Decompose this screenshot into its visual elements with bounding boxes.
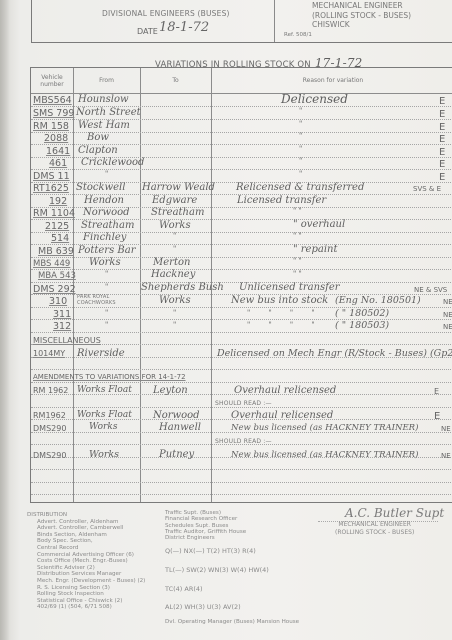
code: NE & SVS xyxy=(414,286,447,294)
to-garage: Putney xyxy=(159,449,194,460)
sender: MECHANICAL ENGINEER (ROLLING STOCK - BUS… xyxy=(312,1,411,30)
vehicle-number: 514 xyxy=(51,233,69,244)
vehicle-number: MBS 449 xyxy=(33,259,70,269)
to-garage: " xyxy=(173,232,176,240)
sender-line-3: CHISWICK xyxy=(312,20,411,30)
engine-number: ( " 180502) xyxy=(335,308,389,319)
sender-line-2: (ROLLING STOCK - BUSES) xyxy=(312,11,411,21)
section-heading-miscellaneous: MISCELLANEOUS xyxy=(33,336,101,345)
reason: Overhaul relicensed xyxy=(231,410,333,421)
signature: A.C. Butler Supt xyxy=(345,506,444,520)
reason: Delicensed on Mech Engr (R/Stock - Buses… xyxy=(217,348,452,359)
from-garage: Hounslow xyxy=(78,94,129,105)
code: E xyxy=(439,147,445,158)
reason: " " " " xyxy=(247,321,323,329)
distribution-item: Costs Office (Mech. Engr.-Buses) xyxy=(27,558,145,565)
reason: " " " " xyxy=(247,309,323,317)
vehicle-number: RM1962 xyxy=(33,411,66,420)
signatory-line-2: (ROLLING STOCK - BUSES) xyxy=(335,529,414,537)
code: E xyxy=(439,96,445,107)
code: NE xyxy=(443,298,452,306)
reason: Relicensed & transferred xyxy=(236,182,364,193)
district-codes-line: AL(2) WH(3) U(3) AV(2) xyxy=(165,603,241,611)
vehicle-number: 2088 xyxy=(44,133,68,144)
from-garage: Finchley xyxy=(83,232,126,243)
recipient: DIVISIONAL ENGINEERS (BUSES) xyxy=(102,9,230,18)
vehicle-number: 310 xyxy=(49,296,67,307)
code: E xyxy=(439,109,445,120)
from-garage: Stockwell xyxy=(76,182,125,193)
from-garage: " xyxy=(105,170,108,178)
vehicle-number: MB 639 xyxy=(38,246,74,257)
reason: " overhaul xyxy=(293,219,345,230)
distribution-heading: DISTRIBUTION xyxy=(27,512,145,519)
code: NE xyxy=(441,425,451,433)
vehicle-number: 1641 xyxy=(46,146,70,157)
reference: Ref. 508/1 xyxy=(284,32,312,38)
reason: " xyxy=(299,107,302,115)
variations-table: Vehicle number From To Reason for variat… xyxy=(30,67,452,503)
distribution-footer: Dvl. Operating Manager (Buses) Mansion H… xyxy=(165,619,299,625)
col-header-vehicle: Vehicle number xyxy=(31,74,73,88)
header-divider xyxy=(274,0,275,42)
to-garage: Works xyxy=(159,295,191,306)
vehicle-number: SMS 799 xyxy=(33,108,74,119)
to-garage: Streatham xyxy=(151,207,204,218)
distribution-item: Commercial Advertising Officer (6) xyxy=(27,552,145,559)
reason: Licensed transfer xyxy=(237,195,326,206)
code: NE xyxy=(443,323,452,331)
distribution-item: District Engineers xyxy=(165,535,246,541)
vehicle-number: 192 xyxy=(49,196,67,207)
from-garage: Works xyxy=(89,257,121,268)
engine-number: ( " 180503) xyxy=(335,320,389,331)
vehicle-number: 312 xyxy=(53,321,71,332)
from-garage: Works Float xyxy=(77,410,132,420)
to-garage: Shepherds Bush xyxy=(141,282,224,293)
from-garage: Works xyxy=(89,422,117,432)
reason: " xyxy=(299,157,302,165)
to-garage: Merton xyxy=(153,257,190,268)
to-garage: " xyxy=(173,309,176,317)
reason: " xyxy=(299,120,302,128)
sender-line-1: MECHANICAL ENGINEER xyxy=(312,1,411,11)
from-garage: Bow xyxy=(87,132,109,143)
distribution-item: Distribution Services Manager xyxy=(27,571,145,578)
vehicle-number: 2125 xyxy=(45,221,69,232)
distribution-item: Rolling Stock Inspection xyxy=(27,591,145,598)
memo-date: 18-1-72 xyxy=(159,20,209,35)
from-label: FROM xyxy=(282,0,302,2)
reason: New bus licensed (as HACKNEY TRAINER) xyxy=(231,423,418,433)
reason: Delicensed xyxy=(281,92,348,106)
to-garage: Leyton xyxy=(153,385,188,396)
reason: " xyxy=(299,132,302,140)
from-garage: Hendon xyxy=(84,195,124,206)
section-heading-amendments: AMENDMENTS TO VARIATIONS FOR 14-1-72 xyxy=(33,373,186,381)
col-header-reason: Reason for variation xyxy=(211,77,452,84)
distribution-item: Advert. Controller, Aldenham xyxy=(27,519,145,526)
vehicle-number: 311 xyxy=(53,309,71,320)
district-codes-line: TC(4) AR(4) xyxy=(165,585,203,593)
from-garage: Cricklewood xyxy=(81,157,144,168)
to-garage: " xyxy=(173,321,176,329)
vehicle-number: RT1625 xyxy=(33,183,69,194)
date-label: DATE xyxy=(137,27,158,36)
from-garage: Works xyxy=(89,449,119,460)
distribution-list-right: Traffic Supt. (Buses) Financial Research… xyxy=(165,510,246,541)
distribution-item: 402/69 (1) (504, 6/71 508) xyxy=(27,604,145,611)
distribution-item: Mech. Engr. (Development - Buses) (2) xyxy=(27,578,145,585)
distribution-item: Advert. Controller, Camberwell xyxy=(27,525,145,532)
signatory-title: MECHANICAL ENGINEER (ROLLING STOCK - BUS… xyxy=(335,521,414,536)
distribution-item: R. S. Licensing Section (3) xyxy=(27,585,145,592)
vehicle-number: DMS290 xyxy=(33,451,66,460)
from-garage: " xyxy=(105,283,108,291)
district-codes-line: Q(—) NX(—) T(2) HT(3) R(4) xyxy=(165,547,256,555)
distribution-list: DISTRIBUTION Advert. Controller, Aldenha… xyxy=(27,512,145,611)
vehicle-number: RM 1104 xyxy=(33,208,75,219)
code: E xyxy=(439,122,445,133)
reason: " repaint xyxy=(293,244,338,255)
reason: Overhaul relicensed xyxy=(234,385,336,396)
code: E xyxy=(434,411,440,422)
to-garage: Works xyxy=(159,220,191,231)
reason: " " xyxy=(293,257,302,265)
code: E xyxy=(439,134,445,145)
distribution-item: Body Spec. Section, xyxy=(27,538,145,545)
vehicle-number: RM 1962 xyxy=(33,386,68,395)
from-garage: Potters Bar xyxy=(78,245,135,256)
distribution-item: Central Record xyxy=(27,545,145,552)
from-garage: West Ham xyxy=(78,120,130,131)
to-garage: " xyxy=(173,245,176,253)
district-codes-line: TL(—) SW(2) WN(3) W(4) HW(4) xyxy=(165,566,269,574)
reason: New bus licensed (as HACKNEY TRAINER) xyxy=(231,450,418,460)
should-read-label: SHOULD READ :— xyxy=(215,438,272,445)
col-header-from: From xyxy=(73,77,140,84)
code: NE xyxy=(443,311,452,319)
vehicle-number: MBS564 xyxy=(33,95,72,106)
from-garage: Streatham xyxy=(81,220,134,231)
page-edge-shadow xyxy=(0,0,10,640)
reason: " " xyxy=(293,207,302,215)
to-garage: Hanwell xyxy=(159,422,201,433)
memo-header: DIVISIONAL ENGINEERS (BUSES) DATE 18-1-7… xyxy=(31,0,452,43)
distribution-item: Scientific Adviser (2) xyxy=(27,565,145,572)
code: SVS & E xyxy=(413,185,441,193)
reason: " xyxy=(299,170,302,178)
to-garage: Hackney xyxy=(151,269,195,280)
from-garage: Works Float xyxy=(77,385,132,395)
signatory-line-1: MECHANICAL ENGINEER xyxy=(335,521,414,529)
vehicle-number: 461 xyxy=(49,158,67,169)
reason: " xyxy=(299,145,302,153)
vehicle-number: RM 158 xyxy=(33,121,69,132)
from-garage: " xyxy=(105,270,108,278)
reason: " " xyxy=(293,270,302,278)
code: E xyxy=(439,159,445,170)
distribution-item: Statistical Office - Chiswick (2) xyxy=(27,598,145,605)
to-garage: Norwood xyxy=(153,410,200,421)
vehicle-number: MBA 543 xyxy=(38,271,76,281)
vehicle-number: 1014MY xyxy=(33,349,65,358)
code: E xyxy=(439,172,445,183)
from-garage: Norwood xyxy=(83,207,130,218)
from-garage: Riverside xyxy=(77,348,125,359)
from-garage: North Street xyxy=(76,107,141,118)
reason: New bus into stock xyxy=(231,295,328,306)
vehicle-number: DMS 292 xyxy=(33,284,76,295)
from-garage: " xyxy=(105,321,108,329)
vehicle-number: DMS 11 xyxy=(33,171,70,182)
from-garage: PARK ROYAL COACHWORKS xyxy=(77,294,137,306)
to-garage: Harrow Weald xyxy=(142,182,215,193)
code: NE xyxy=(441,452,451,460)
col-header-to: To xyxy=(140,77,211,84)
vehicle-number: DMS290 xyxy=(33,424,66,433)
code: E xyxy=(434,387,439,396)
should-read-label: SHOULD READ :— xyxy=(215,400,272,407)
distribution-item: Financial Research Officer xyxy=(165,516,246,522)
from-garage: " xyxy=(105,309,108,317)
distribution-item: Binds Section, Aldenham xyxy=(27,532,145,539)
from-garage: Clapton xyxy=(78,145,118,156)
engine-number: (Eng No. 180501) xyxy=(335,295,421,306)
reason: " " xyxy=(293,232,302,240)
reason: Unlicensed transfer xyxy=(239,282,340,293)
to-garage: Edgware xyxy=(152,195,197,206)
